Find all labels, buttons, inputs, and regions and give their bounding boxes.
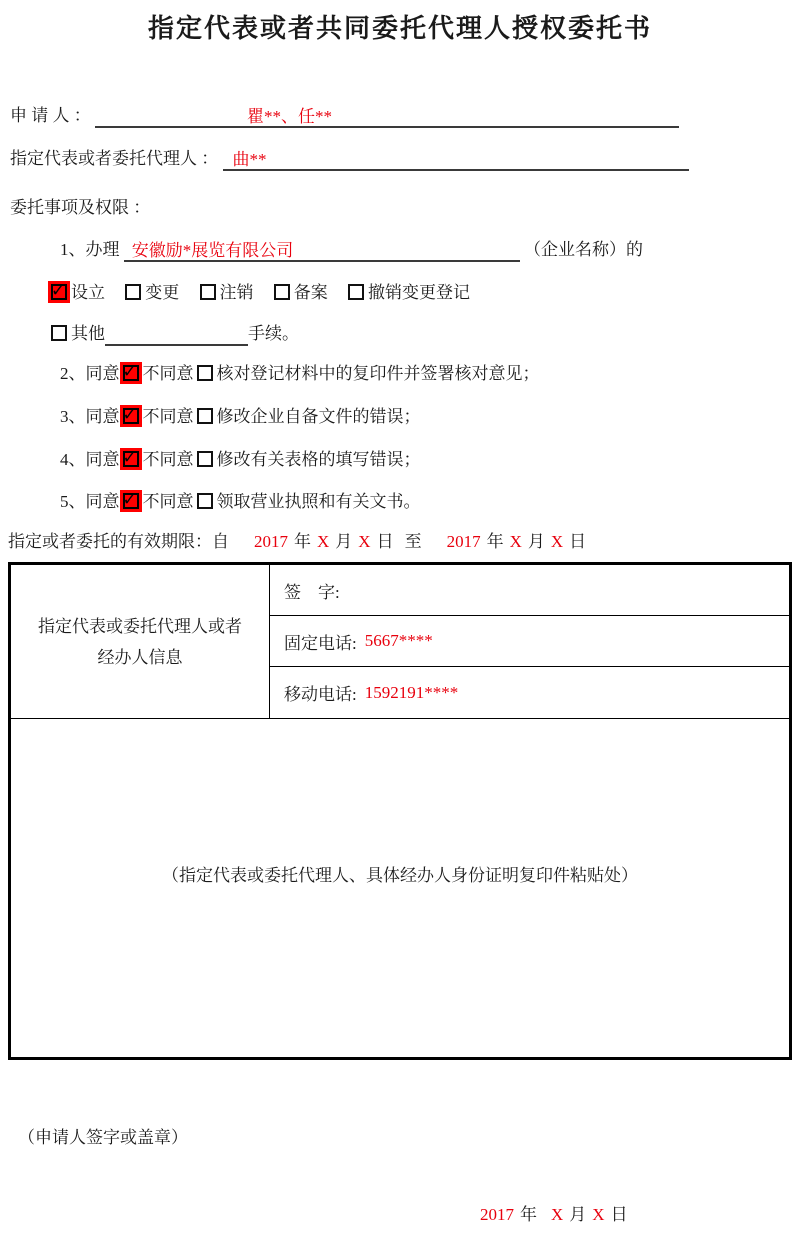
applicant-line: 申 请 人 ： 瞿**、任** — [10, 104, 679, 128]
agent-line: 指定代表或者委托代理人 ： 曲** — [10, 147, 689, 171]
other-label: 其他 — [71, 324, 105, 343]
agent-label: 指定代表或者委托代理人 ： — [10, 149, 218, 168]
validity-label: 指定或者委托的有效期限：自 — [8, 532, 229, 551]
day-unit: 日 — [611, 1205, 628, 1224]
day-unit: 日 — [569, 532, 586, 551]
item1-line: 1、办理 安徽励*展览有限公司 （企业名称）的 — [60, 238, 643, 262]
disagree-label: 不同意 — [143, 407, 194, 426]
start-month-value: X — [317, 532, 329, 551]
option-cancel: 注销 — [197, 283, 254, 302]
fixed-phone-row: 固定电话: 5667**** — [270, 616, 789, 667]
paste-area-caption: （指定代表或委托代理人、具体经办人身份证明复印件粘贴处） — [11, 861, 789, 886]
item-number: 2、 — [60, 364, 86, 383]
month-unit: 月 — [528, 532, 545, 551]
checkbox-unchecked-icon[interactable] — [200, 284, 216, 300]
item-number: 4、 — [60, 450, 86, 469]
option-label: 撤销变更登记 — [368, 283, 470, 302]
checkbox-unchecked-icon[interactable] — [197, 408, 213, 424]
consent-item-4: 4、同意不同意修改有关表格的填写错误； — [60, 448, 421, 472]
agree-label: 同意 — [86, 492, 120, 511]
agent-info-table: 指定代表或委托代理人或者 经办人信息 签 字: 固定电话: 5667**** 移… — [8, 562, 792, 1060]
consent-text: 修改有关表格的填写错误； — [217, 450, 421, 469]
validity-period-line: 指定或者委托的有效期限：自2017年X月X日至2017年X月X日 — [8, 530, 589, 554]
option-label: 设立 — [71, 283, 105, 302]
applicant-field[interactable]: 瞿**、任** — [95, 105, 679, 128]
month-unit: 月 — [569, 1205, 586, 1224]
mobile-phone-row: 移动电话: 1592191**** — [270, 667, 789, 718]
checkbox-checked-icon[interactable] — [51, 284, 67, 300]
other-suffix: 手续。 — [248, 324, 299, 343]
agree-label: 同意 — [86, 450, 120, 469]
applicant-value: 瞿**、任** — [247, 107, 332, 126]
item-number: 5、 — [60, 492, 86, 511]
option-filing: 备案 — [271, 283, 328, 302]
consent-item-2: 2、同意不同意核对登记材料中的复印件并签署核对意见； — [60, 362, 540, 386]
disagree-label: 不同意 — [143, 450, 194, 469]
footer-year-value: 2017 — [480, 1205, 514, 1224]
year-unit: 年 — [520, 1205, 537, 1224]
end-day-value: X — [551, 532, 563, 551]
month-unit: 月 — [335, 532, 352, 551]
fixed-phone-value: 5667**** — [365, 631, 433, 651]
item1-suffix: （企业名称）的 — [524, 240, 643, 259]
checkbox-unchecked-icon[interactable] — [197, 365, 213, 381]
checkbox-checked-icon[interactable] — [123, 365, 139, 381]
mobile-phone-value: 1592191**** — [365, 683, 459, 703]
consent-text: 修改企业自备文件的错误； — [217, 407, 421, 426]
day-unit: 日 — [377, 532, 394, 551]
footer-day-value: X — [592, 1205, 604, 1224]
checkbox-unchecked-icon[interactable] — [125, 284, 141, 300]
option-revoke-change: 撤销变更登记 — [345, 283, 470, 302]
left-header-line2: 经办人信息 — [98, 642, 183, 673]
signature-label: 签 字: — [284, 578, 340, 603]
checkbox-checked-icon[interactable] — [123, 451, 139, 467]
table-left-header: 指定代表或委托代理人或者 经办人信息 — [11, 565, 270, 718]
start-year-value: 2017 — [254, 532, 288, 551]
consent-item-5: 5、同意不同意领取营业执照和有关文书。 — [60, 490, 421, 514]
applicant-label: 申 请 人 ： — [10, 106, 91, 125]
fixed-phone-label: 固定电话: — [284, 629, 357, 654]
document-title: 指定代表或者共同委托代理人授权委托书 — [0, 8, 800, 45]
authorization-letter-document: 指定代表或者共同委托代理人授权委托书 申 请 人 ： 瞿**、任** 指定代表或… — [0, 0, 800, 1239]
checkbox-unchecked-icon[interactable] — [51, 325, 67, 341]
company-name-field[interactable]: 安徽励*展览有限公司 — [124, 239, 520, 262]
agent-value: 曲** — [233, 150, 267, 169]
disagree-label: 不同意 — [143, 492, 194, 511]
table-right-column: 签 字: 固定电话: 5667**** 移动电话: 1592191**** — [270, 565, 789, 718]
id-copy-paste-area: （指定代表或委托代理人、具体经办人身份证明复印件粘贴处） — [11, 719, 789, 1057]
start-day-value: X — [358, 532, 370, 551]
company-name-value: 安徽励*展览有限公司 — [132, 241, 294, 260]
checkbox-unchecked-icon[interactable] — [348, 284, 364, 300]
applicant-sign-hint: （申请人签字或盖章） — [18, 1126, 188, 1150]
option-label: 备案 — [294, 283, 328, 302]
checkbox-checked-icon[interactable] — [123, 408, 139, 424]
consent-item-3: 3、同意不同意修改企业自备文件的错误； — [60, 405, 421, 429]
agree-label: 同意 — [86, 407, 120, 426]
footer-month-value: X — [551, 1205, 563, 1224]
checkbox-unchecked-icon[interactable] — [274, 284, 290, 300]
registration-options-row: 设立 变更 注销 备案 撤销变更登记 — [48, 281, 483, 305]
end-month-value: X — [510, 532, 522, 551]
signature-row: 签 字: — [270, 565, 789, 616]
year-unit: 年 — [487, 532, 504, 551]
table-top-section: 指定代表或委托代理人或者 经办人信息 签 字: 固定电话: 5667**** 移… — [11, 565, 789, 719]
checkbox-unchecked-icon[interactable] — [197, 493, 213, 509]
item1-prefix: 1、办理 — [60, 240, 120, 259]
checkbox-checked-icon[interactable] — [123, 493, 139, 509]
option-establish: 设立 — [48, 283, 105, 302]
left-header-line1: 指定代表或委托代理人或者 — [38, 611, 242, 642]
other-option-row: 其他手续。 — [48, 322, 299, 346]
other-field[interactable] — [105, 323, 248, 346]
consent-text: 领取营业执照和有关文书。 — [217, 492, 421, 511]
end-year-value: 2017 — [447, 532, 481, 551]
consent-text: 核对登记材料中的复印件并签署核对意见； — [217, 364, 540, 383]
agree-label: 同意 — [86, 364, 120, 383]
item-number: 3、 — [60, 407, 86, 426]
year-unit: 年 — [294, 532, 311, 551]
footer-date: 2017年X月X日 — [477, 1203, 631, 1227]
option-label: 变更 — [145, 283, 179, 302]
option-label: 注销 — [220, 283, 254, 302]
matters-heading: 委托事项及权限 ： — [10, 196, 150, 220]
option-change: 变更 — [122, 283, 179, 302]
validity-to-label: 至 — [405, 532, 422, 551]
disagree-label: 不同意 — [143, 364, 194, 383]
mobile-phone-label: 移动电话: — [284, 680, 357, 705]
agent-field[interactable]: 曲** — [223, 148, 689, 171]
checkbox-unchecked-icon[interactable] — [197, 451, 213, 467]
